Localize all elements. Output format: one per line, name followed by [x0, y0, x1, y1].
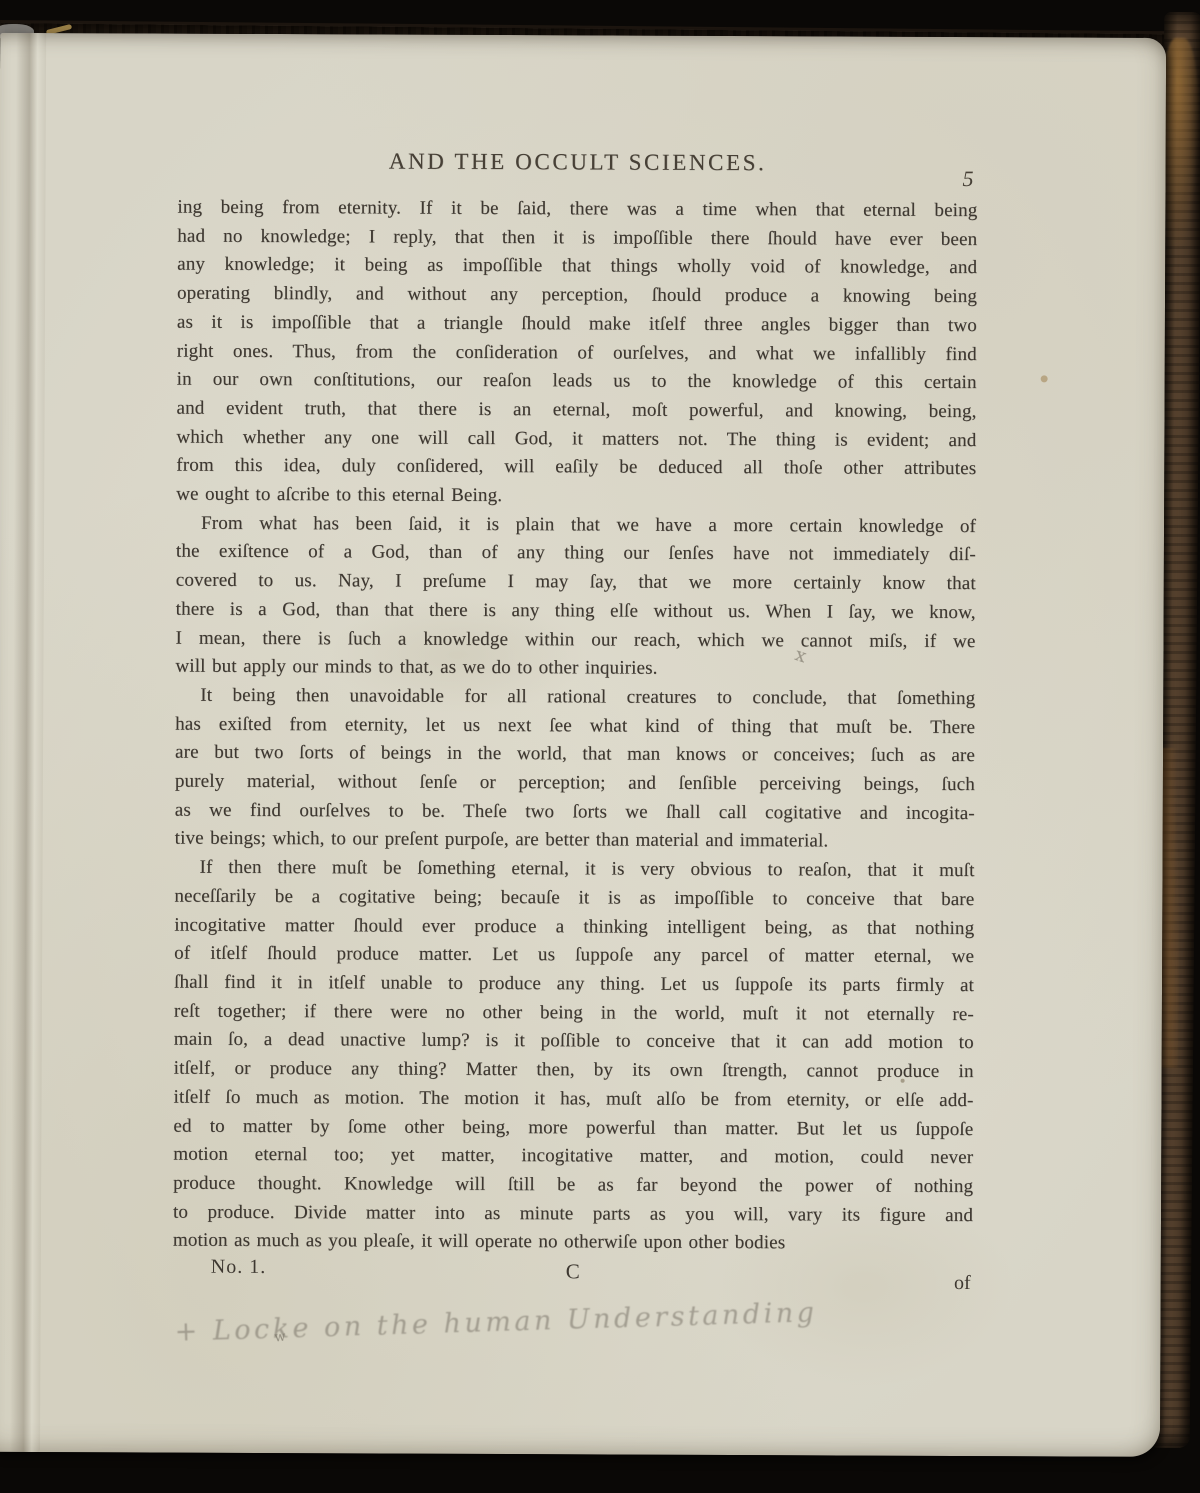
text-line: From what has been ſaid, it is plain tha…: [176, 509, 976, 541]
text-line: of itſelf ſhould produce matter. Let us …: [174, 940, 974, 972]
text-line: which whether any one will call God, it …: [176, 423, 976, 455]
paragraphs: ing being from eternity. If it be ſaid, …: [173, 194, 978, 1259]
book-page: AND THE OCCULT SCIENCES. 5 ing being fro…: [0, 33, 1166, 1457]
text-line: in our own conſtitutions, our reaſon lea…: [177, 366, 977, 398]
text-line: to produce. Divide matter into as minute…: [173, 1198, 973, 1230]
paragraph: If then there muſt be ſomething eternal,…: [173, 854, 975, 1259]
catchword: of: [954, 1272, 971, 1295]
issue-number: No. 1.: [211, 1256, 267, 1279]
text-line: from this idea, duly conſidered, will ea…: [176, 452, 976, 484]
text-block: AND THE OCCULT SCIENCES. 5 ing being fro…: [172, 34, 978, 1456]
handwritten-note: + Locke on the human Understanding: [174, 1297, 815, 1348]
text-line: itſelf ſo much as motion. The motion it …: [173, 1083, 973, 1115]
text-line: produce thought. Knowledge will ſtill be…: [173, 1169, 973, 1201]
signature-mark: C: [566, 1259, 580, 1284]
text-line: motion as much as you pleaſe, it will op…: [173, 1227, 973, 1259]
text-line: motion eternal too; yet matter, incogita…: [173, 1141, 973, 1173]
page-number: 5: [962, 166, 973, 192]
text-line: and evident truth, that there is an eter…: [176, 395, 976, 427]
text-line: I mean, there is ſuch a knowledge within…: [175, 624, 975, 656]
text-line: ing being from eternity. If it be ſaid, …: [177, 194, 977, 226]
paragraph: From what has been ſaid, it is plain tha…: [175, 509, 976, 685]
text-line: purely material, without ſenſe or percep…: [175, 768, 975, 800]
text-line: are but two ſorts of beings in the world…: [175, 739, 975, 771]
text-line: any knowledge; it being as impoſſible th…: [177, 251, 977, 283]
text-line: reſt together; if there were no other be…: [174, 997, 974, 1029]
page-footer: No. 1. C of: [173, 1256, 973, 1305]
text-line: as we find ourſelves to be. Theſe two ſo…: [175, 796, 975, 828]
text-line: right ones. Thus, from the conſideration…: [177, 337, 977, 369]
text-line: It being then unavoidable for all ration…: [175, 682, 975, 714]
text-line: we ought to aſcribe to this eternal Bein…: [176, 481, 976, 513]
text-line: operating blindly, and without any perce…: [177, 280, 977, 312]
book-scan-scene: AND THE OCCULT SCIENCES. 5 ing being fro…: [0, 0, 1200, 1493]
text-line: itſelf, or produce any thing? Matter the…: [174, 1055, 974, 1087]
text-line: covered to us. Nay, I preſume I may ſay,…: [176, 567, 976, 599]
text-line: there is a God, than that there is any t…: [176, 595, 976, 627]
paragraph: ing being from eternity. If it be ſaid, …: [176, 194, 977, 513]
text-line: tive beings; which, to our preſent purpo…: [175, 825, 975, 857]
foxing-speck: [1041, 375, 1048, 382]
text-line: ed to matter by ſome other being, more p…: [173, 1112, 973, 1144]
running-title: AND THE OCCULT SCIENCES.: [178, 148, 978, 177]
text-line: as it is impoſſible that a triangle ſhou…: [177, 308, 977, 340]
pencil-small-mark: w: [274, 1330, 287, 1346]
text-line: If then there muſt be ſomething eternal,…: [174, 854, 974, 886]
text-line: will but apply our minds to that, as we …: [175, 653, 975, 685]
text-line: neceſſarily be a cogitative being; becau…: [174, 882, 974, 914]
text-line: incogitative matter ſhould ever produce …: [174, 911, 974, 943]
gutter-crease: [10, 33, 46, 1452]
text-line: ſhall find it in itſelf unable to produc…: [174, 969, 974, 1001]
text-line: has exiſted from eternity, let us next ſ…: [175, 710, 975, 742]
paragraph: It being then unavoidable for all ration…: [175, 682, 976, 858]
text-line: the exiſtence of a God, than of any thin…: [176, 538, 976, 570]
text-line: main ſo, a dead unactive lump? is it poſ…: [174, 1026, 974, 1058]
text-line: had no knowledge; I reply, that then it …: [177, 222, 977, 254]
